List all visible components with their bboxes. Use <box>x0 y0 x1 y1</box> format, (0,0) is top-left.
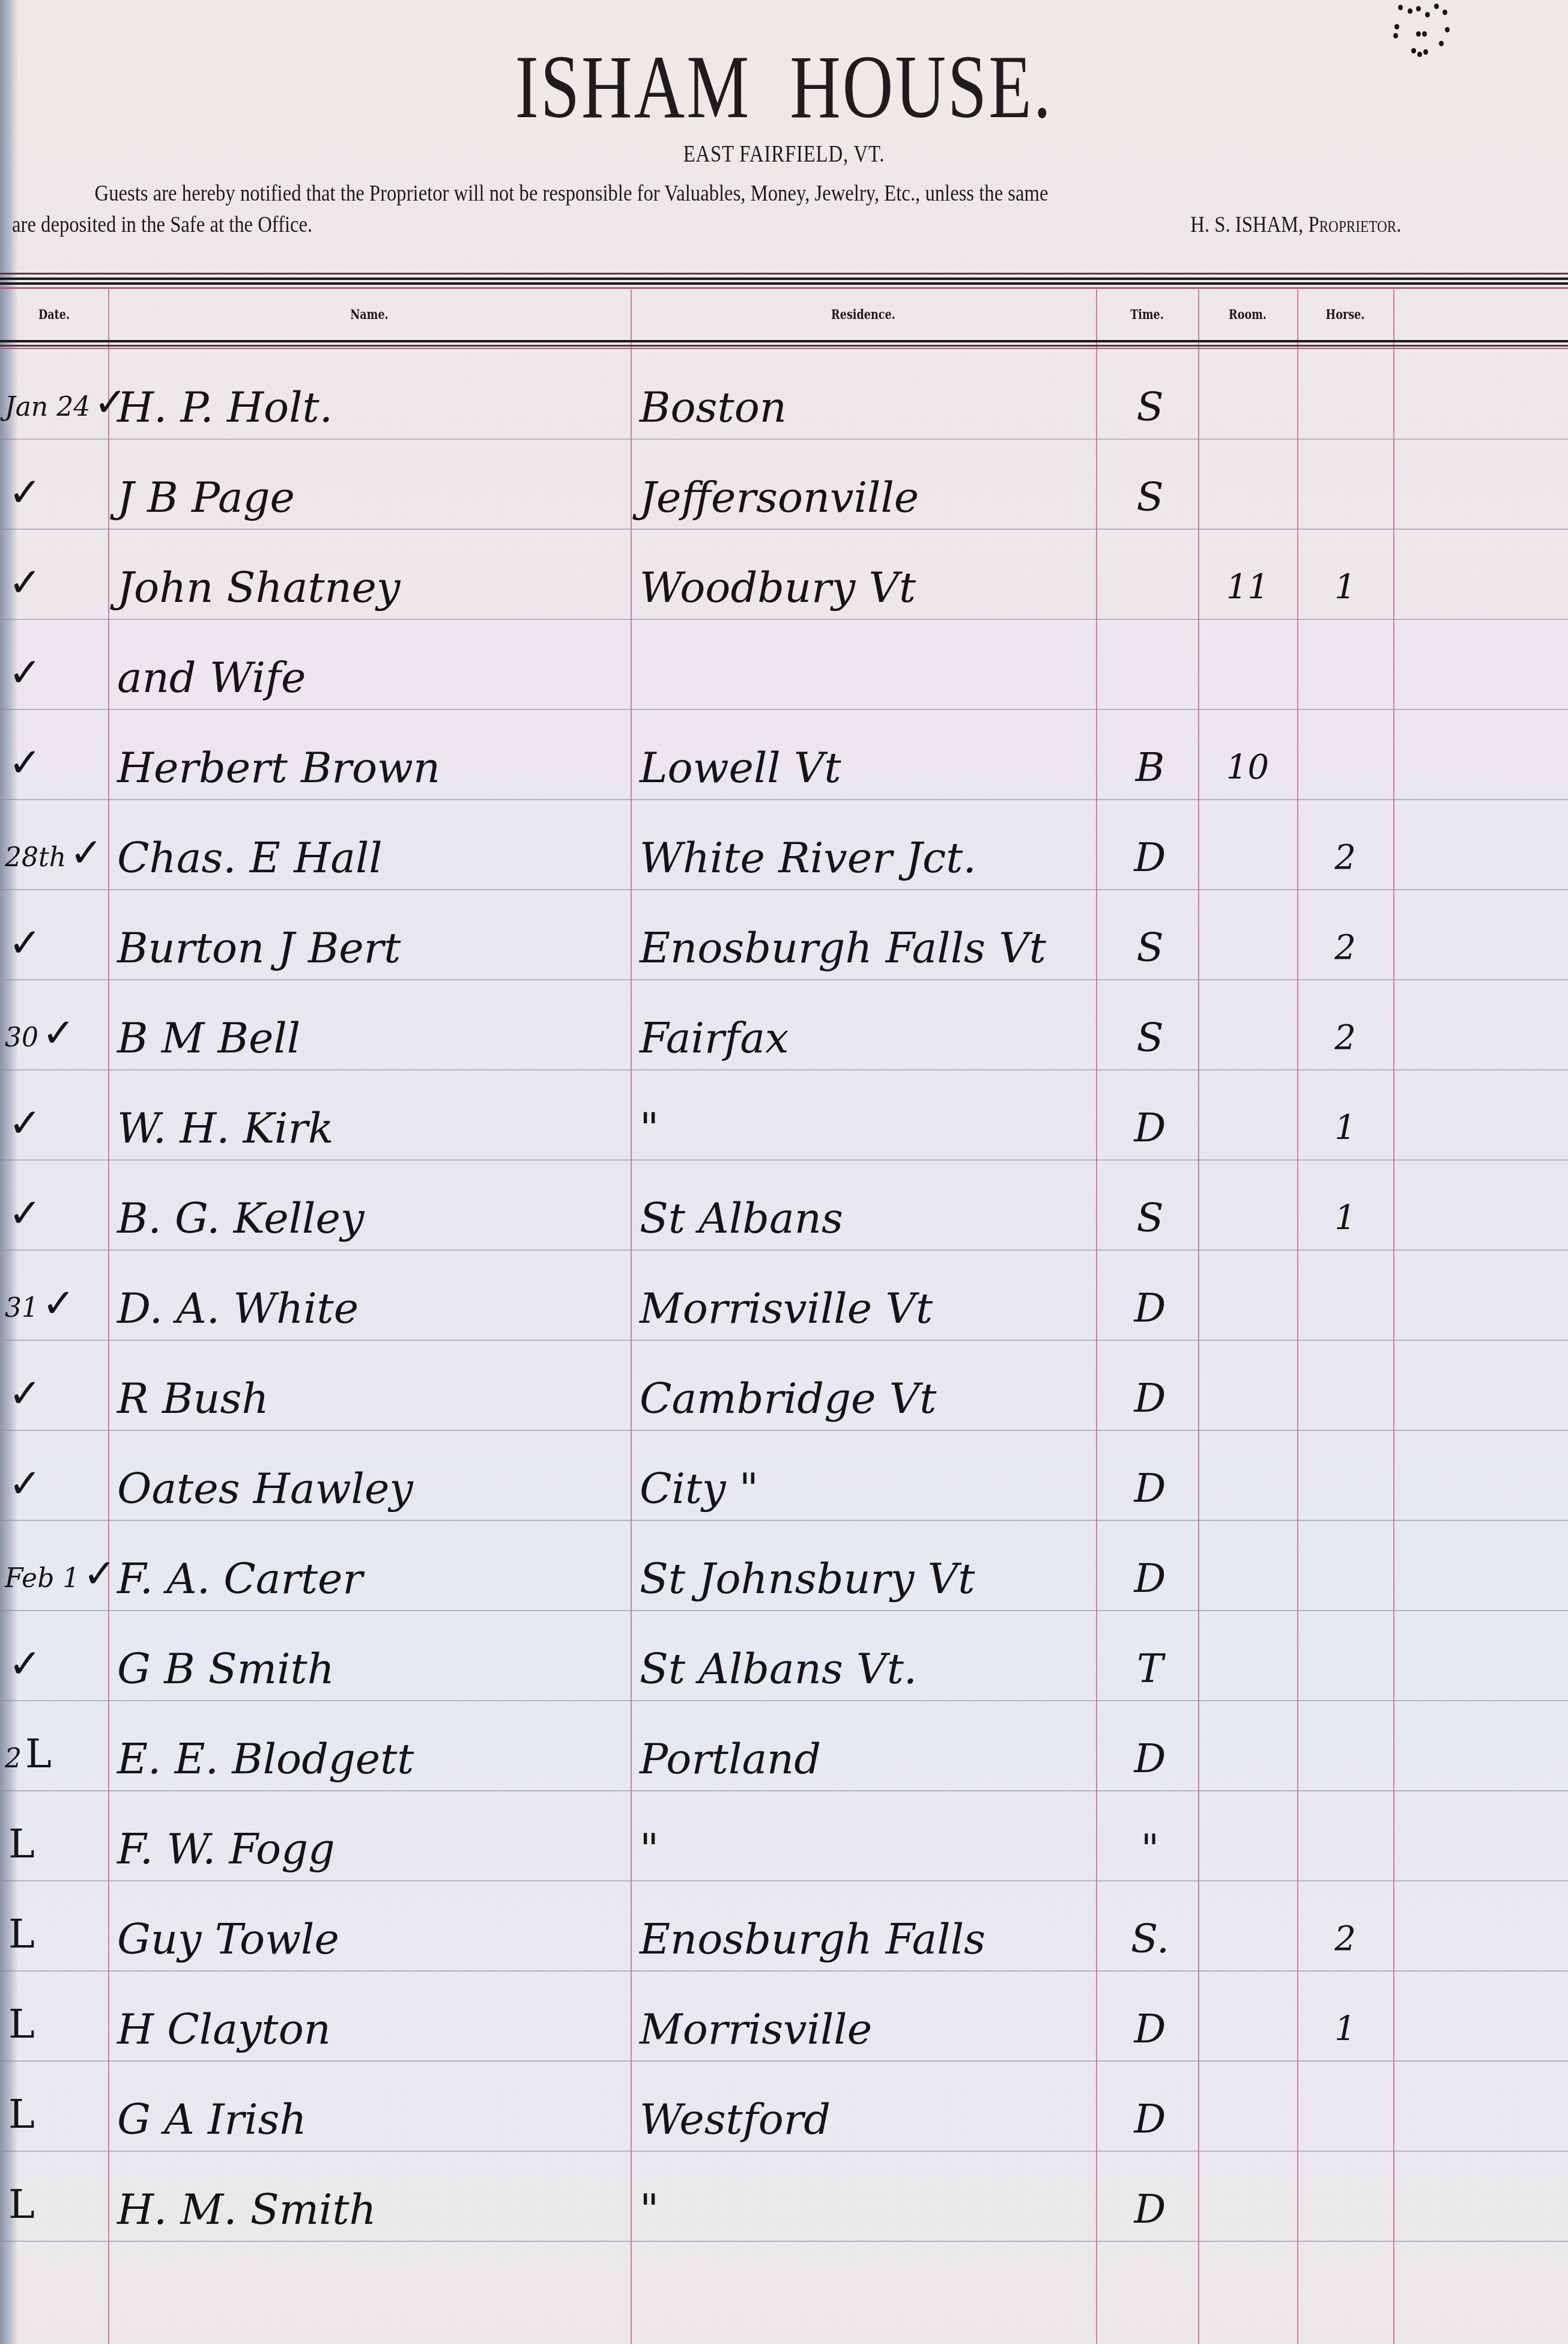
date-text: Jan 24 <box>5 392 90 422</box>
entry-date: L <box>5 2000 107 2053</box>
guest-name: John Shatney <box>117 563 628 612</box>
notice-line-2-row: are deposited in the Safe at the Office.… <box>12 209 1401 240</box>
table-row: LF. W. Fogg"" <box>0 1791 1568 1881</box>
checkmark-icon: ✓ <box>8 1370 41 1416</box>
column-header-date: Date. <box>11 290 97 340</box>
guest-name: Chas. E Hall <box>117 834 628 882</box>
table-row: 28th✓Chas. E HallWhite River Jct.D2 <box>0 800 1568 890</box>
horse-count: 1 <box>1300 2005 1390 2053</box>
entry-date: Jan 24✓ <box>5 378 107 431</box>
horse-count: 2 <box>1300 834 1390 882</box>
column-header-residence: Residence. <box>677 290 1050 340</box>
entry-date: ✓ <box>5 649 107 702</box>
header-bottom-rules <box>0 340 1568 350</box>
arrival-time: T <box>1105 1645 1195 1693</box>
liability-notice: Guests are hereby notified that the Prop… <box>12 178 1504 240</box>
guest-residence: White River Jct. <box>640 834 1090 882</box>
table-row: ✓John ShatneyWoodbury Vt111 <box>0 530 1568 620</box>
checkmark-icon: L <box>8 2001 35 2047</box>
date-text: 28th <box>5 842 66 873</box>
arrival-time: D <box>1105 2005 1195 2053</box>
checkmark-icon: L <box>8 1911 35 1957</box>
entry-date: ✓ <box>5 1640 107 1693</box>
notice-line-1: Guests are hereby notified that the Prop… <box>12 178 1504 209</box>
column-header-extra <box>1411 290 1551 340</box>
guest-residence: St Johnsbury Vt <box>640 1555 1090 1603</box>
table-row: LH. M. Smith"D <box>0 2152 1568 2242</box>
table-row: ✓and Wife <box>0 620 1568 710</box>
checkmark-icon: ✓ <box>83 1550 116 1597</box>
header-top-rules <box>0 273 1568 290</box>
arrival-time: S <box>1105 1194 1195 1242</box>
guest-name: W. H. Kirk <box>117 1104 628 1152</box>
arrival-time: " <box>1105 1825 1195 1873</box>
checkmark-icon: ✓ <box>42 1280 75 1326</box>
guest-residence: Portland <box>640 1735 1090 1783</box>
room-number: 11 <box>1201 563 1294 612</box>
entry-date: ✓ <box>5 1460 107 1513</box>
checkmark-icon: ✓ <box>8 1460 41 1507</box>
checkmark-icon: ✓ <box>8 1641 41 1687</box>
page-title: ISHAM HOUSE. <box>172 36 1396 138</box>
table-row: ✓W. H. Kirk"D1 <box>0 1070 1568 1161</box>
register-table: Date. Name. Residence. Time. Room. Horse… <box>0 290 1568 2344</box>
checkmark-icon: L <box>8 2181 35 2227</box>
entry-date: ✓ <box>5 1189 107 1242</box>
column-header-horse: Horse. <box>1307 290 1384 340</box>
proprietor-signature: H. S. ISHAM, Proprietor. <box>1190 209 1401 240</box>
arrival-time: D <box>1105 1284 1195 1332</box>
table-row: 31✓D. A. WhiteMorrisville VtD <box>0 1251 1568 1341</box>
horse-count: 2 <box>1300 1915 1390 1963</box>
entry-date: L <box>5 2181 107 2233</box>
arrival-time: D <box>1105 2185 1195 2233</box>
guest-residence: Enosburgh Falls Vt <box>640 924 1090 972</box>
arrival-time: D <box>1105 1104 1195 1152</box>
guest-residence: Morrisville <box>640 2005 1090 2053</box>
arrival-time: S. <box>1105 1915 1195 1963</box>
checkmark-icon: L <box>8 1821 35 1867</box>
guest-residence: Boston <box>640 383 1090 431</box>
entry-date: 2L <box>5 1730 107 1783</box>
checkmark-icon: ✓ <box>8 920 41 966</box>
horse-count: 2 <box>1300 924 1390 972</box>
location-subtitle: EAST FAIRFIELD, VT. <box>141 139 1427 168</box>
guest-name: H. M. Smith <box>117 2185 628 2233</box>
table-row: ✓R BushCambridge VtD <box>0 1341 1568 1431</box>
column-header-time: Time. <box>1106 290 1188 340</box>
table-row: 2LE. E. BlodgettPortlandD <box>0 1701 1568 1791</box>
horse-count: 1 <box>1300 563 1390 612</box>
arrival-time: D <box>1105 1374 1195 1422</box>
entry-date: ✓ <box>5 469 107 521</box>
entry-date: L <box>5 2090 107 2143</box>
table-row: 30✓B M BellFairfaxS2 <box>0 980 1568 1070</box>
guest-name: R Bush <box>117 1374 628 1422</box>
arrival-time: D <box>1105 1465 1195 1513</box>
arrival-time: D <box>1105 834 1195 882</box>
date-text: 30 <box>5 1022 38 1053</box>
guest-residence: Cambridge Vt <box>640 1374 1090 1422</box>
entry-date: ✓ <box>5 919 107 972</box>
arrival-time: D <box>1105 2095 1195 2143</box>
ruled-line <box>0 2241 1568 2242</box>
column-header-name: Name. <box>160 290 578 340</box>
guest-residence: Lowell Vt <box>640 744 1090 792</box>
entry-date: 28th✓ <box>5 829 107 882</box>
checkmark-icon: ✓ <box>8 559 41 606</box>
arrival-time: S <box>1105 1014 1195 1062</box>
date-text: Feb 1 <box>5 1563 79 1594</box>
guest-residence: " <box>640 2185 1090 2233</box>
guest-name: H Clayton <box>117 2005 628 2053</box>
arrival-time: S <box>1105 383 1195 431</box>
guest-residence: City " <box>640 1465 1090 1513</box>
notice-line-2: are deposited in the Safe at the Office. <box>12 209 312 240</box>
horse-count: 2 <box>1300 1014 1390 1062</box>
guest-residence: Fairfax <box>640 1014 1090 1062</box>
date-text: 31 <box>5 1293 38 1323</box>
table-row: ✓B. G. KelleySt AlbansS1 <box>0 1161 1568 1251</box>
table-row: ✓Oates HawleyCity "D <box>0 1431 1568 1521</box>
entry-date: ✓ <box>5 739 107 792</box>
guest-name: Oates Hawley <box>117 1465 628 1513</box>
table-row: LG A IrishWestfordD <box>0 2062 1568 2152</box>
guest-name: G B Smith <box>117 1645 628 1693</box>
entry-date: L <box>5 1910 107 1963</box>
entry-date: Feb 1✓ <box>5 1550 107 1603</box>
guest-residence: St Albans Vt. <box>640 1645 1090 1693</box>
guest-residence: Jeffersonville <box>640 473 1090 521</box>
guest-name: B M Bell <box>117 1014 628 1062</box>
guest-name: Burton J Bert <box>117 924 628 972</box>
arrival-time: D <box>1105 1735 1195 1783</box>
perforation-mark <box>1392 0 1452 60</box>
entry-date: 30✓ <box>5 1009 107 1062</box>
table-row: ✓J B PageJeffersonvilleS <box>0 440 1568 530</box>
guest-name: E. E. Blodgett <box>117 1735 628 1783</box>
checkmark-icon: ✓ <box>8 469 41 515</box>
horse-count: 1 <box>1300 1104 1390 1152</box>
entry-date: 31✓ <box>5 1280 107 1332</box>
table-row: Jan 24✓H. P. Holt.BostonS <box>0 350 1568 440</box>
guest-name: F. A. Carter <box>117 1555 628 1603</box>
guest-name: G A Irish <box>117 2095 628 2143</box>
room-number: 10 <box>1201 744 1294 792</box>
guest-name: F. W. Fogg <box>117 1825 628 1873</box>
table-row: ✓Burton J BertEnosburgh Falls VtS2 <box>0 890 1568 980</box>
guest-name: Guy Towle <box>117 1915 628 1963</box>
checkmark-icon: ✓ <box>8 1190 41 1236</box>
guest-name: Herbert Brown <box>117 744 628 792</box>
arrival-time: D <box>1105 1555 1195 1603</box>
table-row: Feb 1✓F. A. CarterSt Johnsbury VtD <box>0 1521 1568 1611</box>
entry-date: ✓ <box>5 559 107 612</box>
guest-residence: " <box>640 1825 1090 1873</box>
table-row: ✓Herbert BrownLowell VtB10 <box>0 710 1568 800</box>
date-text: 2 <box>5 1743 22 1774</box>
arrival-time: S <box>1105 473 1195 521</box>
guest-name: J B Page <box>117 473 628 521</box>
table-row: LH ClaytonMorrisvilleD1 <box>0 1972 1568 2062</box>
checkmark-icon: L <box>8 2091 35 2137</box>
horse-count: 1 <box>1300 1194 1390 1242</box>
guest-name: B. G. Kelley <box>117 1194 628 1242</box>
guest-residence: " <box>640 1104 1090 1152</box>
entry-date: L <box>5 1820 107 1873</box>
guest-residence: Westford <box>640 2095 1090 2143</box>
entry-date: ✓ <box>5 1370 107 1422</box>
checkmark-icon: ✓ <box>8 649 41 696</box>
entry-date: ✓ <box>5 1099 107 1152</box>
arrival-time: B <box>1105 744 1195 792</box>
checkmark-icon: ✓ <box>8 1100 41 1146</box>
guest-residence: St Albans <box>640 1194 1090 1242</box>
guest-residence: Morrisville Vt <box>640 1284 1090 1332</box>
guest-name: H. P. Holt. <box>117 383 628 431</box>
table-row: ✓G B SmithSt Albans Vt.T <box>0 1611 1568 1701</box>
checkmark-icon: ✓ <box>42 1010 75 1056</box>
table-row: LGuy TowleEnosburgh FallsS.2 <box>0 1881 1568 1972</box>
checkmark-icon: ✓ <box>8 739 41 786</box>
guest-residence: Woodbury Vt <box>640 563 1090 612</box>
column-header-room: Room. <box>1208 290 1288 340</box>
guest-residence: Enosburgh Falls <box>640 1915 1090 1963</box>
arrival-time: S <box>1105 924 1195 972</box>
guest-name: and Wife <box>117 654 628 702</box>
guest-name: D. A. White <box>117 1284 628 1332</box>
checkmark-icon: L <box>25 1731 52 1777</box>
checkmark-icon: ✓ <box>70 830 103 876</box>
